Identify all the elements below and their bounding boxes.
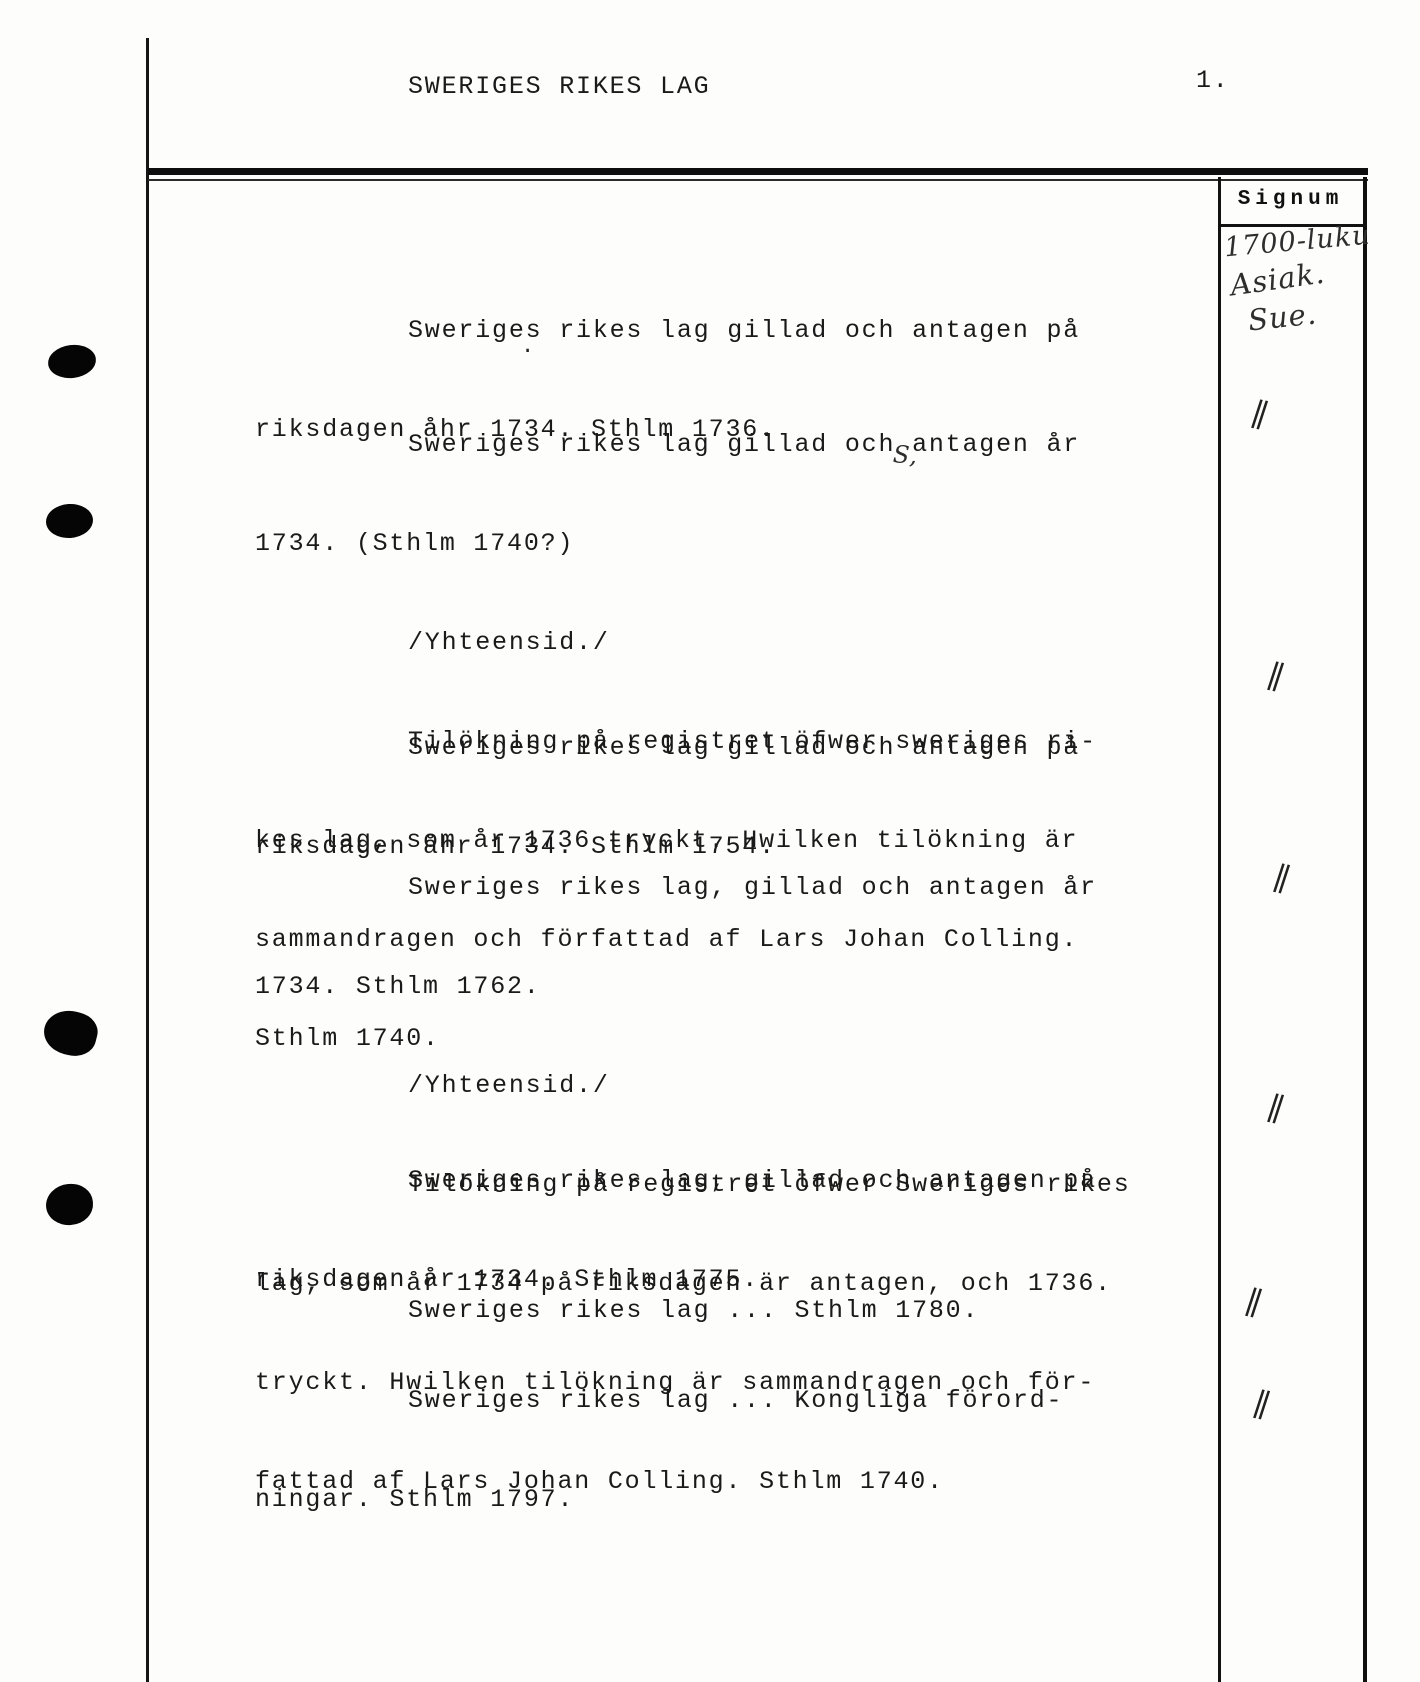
entry-line: Sweriges rikes lag gillad och antagen på (255, 731, 1245, 764)
ditto-mark: ∥ (1262, 1089, 1288, 1128)
punch-hole-dot (44, 1182, 94, 1227)
entry-line: Sweriges rikes lag gillad och antagen på (255, 314, 1245, 347)
left-margin-rule (146, 38, 149, 1682)
page-number: 1. (1196, 64, 1230, 97)
entry-line: Sweriges rikes lag ... Kongliga förord- (255, 1384, 1245, 1417)
punch-hole-dot (46, 342, 98, 381)
ditto-mark: ∥ (1268, 859, 1294, 898)
signum-column-header: Signum (1218, 188, 1363, 211)
entry-line: 1734. Sthlm 1762. (255, 970, 1245, 1003)
entry-line: Sweriges rikes lag gillad och antagen år (255, 428, 1245, 461)
ditto-mark: ∥ (1248, 1385, 1274, 1424)
handwritten-signum-line: Sue. (1246, 296, 1318, 337)
entry-line: 1734. (Sthlm 1740?) (255, 527, 1245, 560)
page-title: SWERIGES RIKES LAG (408, 70, 710, 103)
punch-hole-dot (45, 502, 94, 539)
entry-line: Sweriges rikes lag, gillad och antagen å… (255, 871, 1245, 904)
entry-line: /Yhteensid./ (255, 626, 1245, 659)
scanned-catalog-page: SWERIGES RIKES LAG 1. Signum 1700-luku A… (0, 0, 1420, 1682)
entry-line: Sweriges rikes lag, gillad och antagen p… (255, 1164, 1245, 1197)
catalog-entry: Sweriges rikes lag ... Kongliga förord- … (255, 1318, 1245, 1582)
header-double-rule (148, 168, 1368, 181)
ditto-mark: ∥ (1246, 395, 1272, 434)
punch-hole-dot (39, 1005, 101, 1061)
ditto-mark: ∥ (1262, 657, 1288, 696)
entry-line: ningar. Sthlm 1797. (255, 1483, 1245, 1516)
signum-column-right-rule (1363, 177, 1367, 1682)
